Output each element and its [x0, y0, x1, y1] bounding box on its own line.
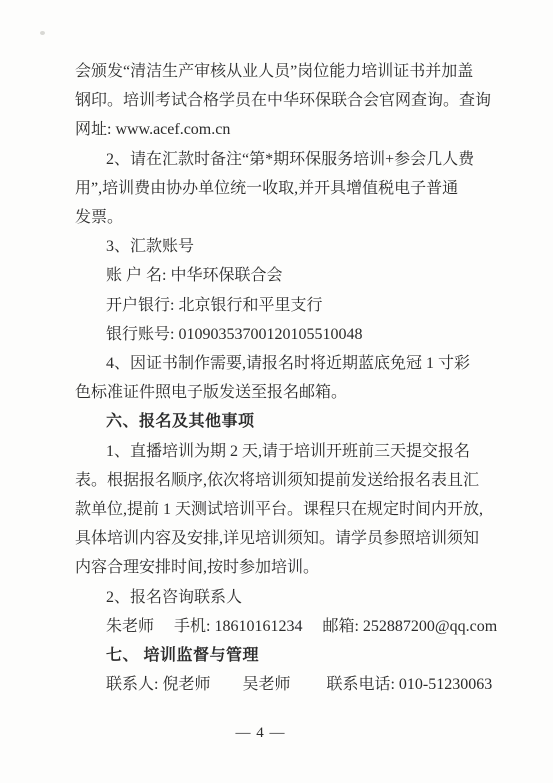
document-line: 网址: www.acef.com.cn	[75, 115, 499, 144]
document-line: 开户银行: 北京银行和平里支行	[75, 291, 499, 320]
document-line: 2、报名咨询联系人	[75, 583, 499, 612]
document-line: 发票。	[75, 203, 499, 232]
document-line: 色标准证件照电子版发送至报名邮箱。	[75, 378, 499, 407]
document-line: 联系人: 倪老师 吴老师 联系电话: 010-51230063	[75, 670, 499, 699]
document-line: 用”,培训费由协办单位统一收取,并开具增值税电子普通	[75, 174, 499, 203]
document-line: 钢印。培训考试合格学员在中华环保联合会官网查询。查询	[75, 86, 499, 115]
scanned-page: 会颁发“清洁生产审核从业人员”岗位能力培训证书并加盖钢印。培训考试合格学员在中华…	[0, 0, 553, 783]
document-line: 具体培训内容及安排,详见培训须知。请学员参照培训须知	[75, 524, 499, 553]
document-line: 账 户 名: 中华环保联合会	[75, 261, 499, 290]
section-heading: 七、 培训监督与管理	[75, 641, 499, 670]
document-body: 会颁发“清洁生产审核从业人员”岗位能力培训证书并加盖钢印。培训考试合格学员在中华…	[75, 57, 499, 699]
section-heading: 六、报名及其他事项	[75, 407, 499, 436]
scan-speck	[40, 31, 45, 35]
document-line: 表。根据报名顺序,依次将培训须知提前发送给报名表且汇	[75, 466, 499, 495]
document-line: 内容合理安排时间,按时参加培训。	[75, 553, 499, 582]
document-line: 银行账号: 01090353700120105510048	[75, 320, 499, 349]
document-line: 1、直播培训为期 2 天,请于培训开班前三天提交报名	[75, 437, 499, 466]
document-line: 款单位,提前 1 天测试培训平台。课程只在规定时间内开放,	[75, 495, 499, 524]
document-line: 会颁发“清洁生产审核从业人员”岗位能力培训证书并加盖	[75, 57, 499, 86]
page-number: — 4 —	[0, 719, 537, 748]
document-line: 4、因证书制作需要,请报名时将近期蓝底免冠 1 寸彩	[75, 349, 499, 378]
document-line: 3、汇款账号	[75, 232, 499, 261]
document-line: 朱老师 手机: 18610161234 邮箱: 252887200@qq.com	[75, 612, 499, 641]
document-line: 2、请在汇款时备注“第*期环保服务培训+参会几人费	[75, 145, 499, 174]
